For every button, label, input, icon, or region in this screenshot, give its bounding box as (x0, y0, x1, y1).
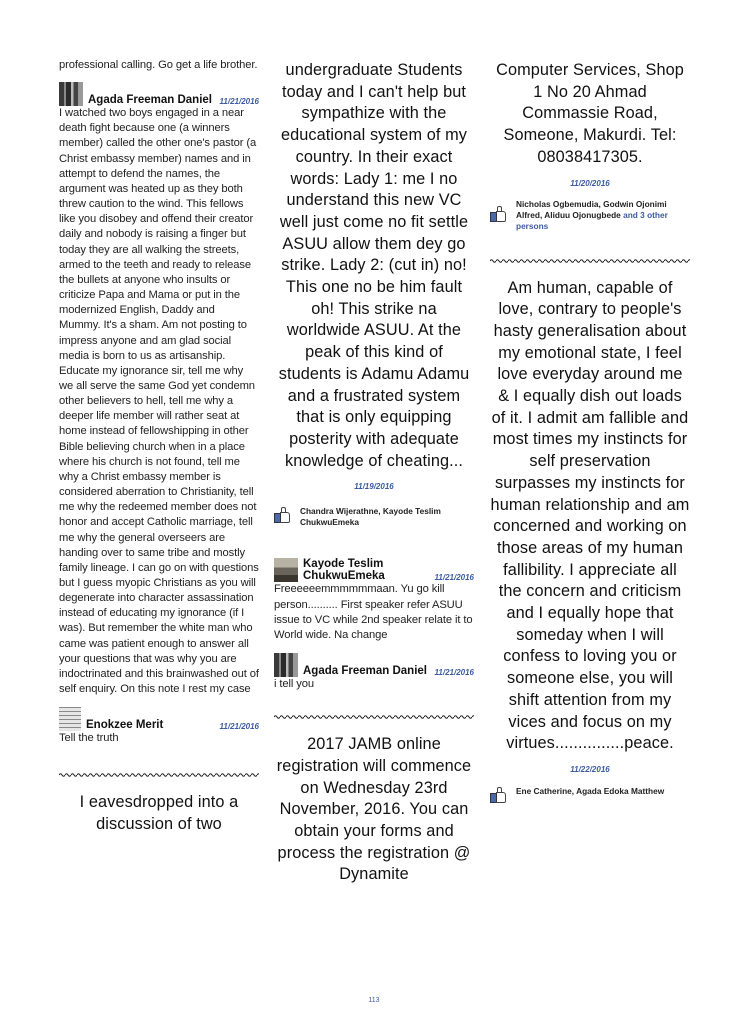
likes-names[interactable]: Chandra Wijerathne, Kayode Teslim Chukwu… (300, 506, 474, 528)
comment: Kayode Teslim ChukwuEmeka 11/21/2016 Fre… (274, 558, 474, 643)
post-text: Am human, capable of love, contrary to p… (490, 278, 690, 755)
page-number: 113 (0, 997, 748, 1004)
post-text: I eavesdropped into a discussion of two (59, 792, 259, 835)
comment-text: i tell you (274, 677, 474, 692)
post-text-continued: professional calling. Go get a life brot… (59, 58, 259, 73)
comment-text: I watched two boys engaged in a near dea… (59, 106, 259, 697)
likes-row[interactable]: Ene Catherine, Agada Edoka Matthew (490, 786, 690, 803)
post-text-continued: Computer Services, Shop 1 No 20 Ahmad Co… (490, 60, 690, 169)
likes-row[interactable]: Nicholas Ogbemudia, Godwin Ojonimi Alfre… (490, 199, 690, 232)
thumbs-up-icon (490, 208, 508, 222)
comment-date: 11/21/2016 (435, 668, 474, 677)
comment-header: Kayode Teslim ChukwuEmeka 11/21/2016 (274, 558, 474, 582)
comment-text: Tell the truth (59, 731, 259, 746)
thumbs-up-icon (490, 789, 508, 803)
avatar[interactable] (274, 653, 298, 677)
post-date: 11/20/2016 (490, 179, 690, 188)
comment-text: Freeeeeemmmmmmaan. Yu go kill person....… (274, 582, 474, 643)
likes-names[interactable]: Ene Catherine, Agada Edoka Matthew (516, 786, 664, 797)
comment: Agada Freeman Daniel 11/21/2016 I watche… (59, 82, 259, 697)
comment-date: 11/21/2016 (435, 573, 474, 582)
comment: Agada Freeman Daniel 11/21/2016 i tell y… (274, 653, 474, 692)
likes-row[interactable]: Chandra Wijerathne, Kayode Teslim Chukwu… (274, 506, 474, 528)
comment-header: Agada Freeman Daniel 11/21/2016 (59, 82, 259, 106)
post-divider (59, 772, 259, 778)
column-2: undergraduate Students today and I can't… (274, 60, 474, 886)
post-text-continued: undergraduate Students today and I can't… (274, 60, 474, 472)
comment-date: 11/21/2016 (220, 97, 259, 106)
column-1: professional calling. Go get a life brot… (59, 58, 259, 836)
comment-header: Agada Freeman Daniel 11/21/2016 (274, 653, 474, 677)
thumbs-up-icon (274, 509, 292, 523)
avatar[interactable] (59, 707, 81, 731)
comment-header: Enokzee Merit 11/21/2016 (59, 707, 259, 731)
post-date: 11/19/2016 (274, 482, 474, 491)
avatar[interactable] (274, 558, 298, 582)
column-3: Computer Services, Shop 1 No 20 Ahmad Co… (490, 60, 690, 803)
post-divider (274, 714, 474, 720)
post-text: 2017 JAMB online registration will comme… (274, 734, 474, 886)
post-divider (490, 258, 690, 264)
likes-names[interactable]: Nicholas Ogbemudia, Godwin Ojonimi Alfre… (516, 199, 690, 232)
comment: Enokzee Merit 11/21/2016 Tell the truth (59, 707, 259, 746)
comment-date: 11/21/2016 (220, 722, 259, 731)
avatar[interactable] (59, 82, 83, 106)
post-date: 11/22/2016 (490, 765, 690, 774)
